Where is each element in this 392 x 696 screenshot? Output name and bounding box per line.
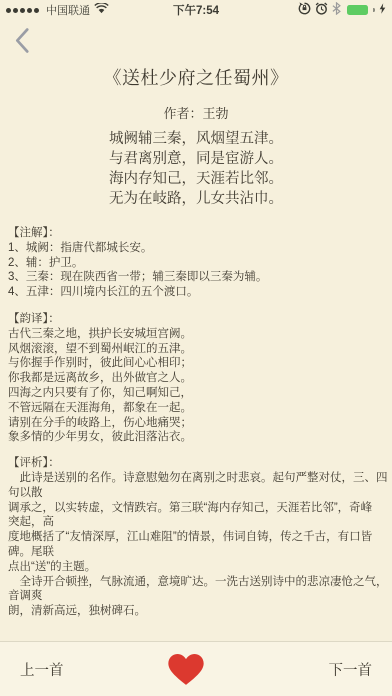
translation-section: 【韵译】： 古代三秦之地，拱护长安城垣宫阙。 风烟滚滚，望不到蜀州岷江的五津。 … (8, 312, 392, 445)
battery-icon (347, 5, 368, 15)
bluetooth-icon (332, 2, 341, 18)
status-left: 中国联通 (6, 2, 109, 18)
note-line: 4、五津：四川境内长江的五个渡口。 (8, 285, 392, 300)
translation-line: 不管远隔在天涯海角，都象在一起。 (8, 401, 392, 416)
translation-line: 与你握手作别时，彼此间心心相印； (8, 356, 392, 371)
translation-line: 请别在分手的岐路上，伤心地痛哭； (8, 416, 392, 431)
section-heading: 【注解】： (8, 226, 392, 241)
review-line: 音调爽 (8, 589, 392, 604)
review-line: 调承之，以实转虚，文情跌宕。第三联“海内存知己，天涯若比邻”，奇峰 (8, 501, 392, 516)
section-heading: 【韵译】： (8, 312, 392, 327)
review-line: 点出“送”的主题。 (8, 560, 392, 575)
carrier-label: 中国联通 (46, 2, 90, 18)
bottom-toolbar: 上一首 下一首 (0, 641, 392, 696)
poem-line: 海内存知己，天涯若比邻。 (0, 169, 392, 189)
orientation-lock-icon (298, 2, 311, 18)
translation-line: 风烟滚滚，望不到蜀州岷江的五津。 (8, 342, 392, 357)
battery-cap (373, 8, 375, 12)
notes-section: 【注解】： 1、城阙：指唐代都城长安。 2、辅：护卫。 3、三秦：现在陕西省一带… (8, 226, 392, 300)
status-bar: 中国联通 下午7:54 (0, 0, 392, 20)
review-line: 突起，高 (8, 515, 392, 530)
review-section: 【评析】： 此诗是送别的名作。诗意慰勉勿在离别之时悲哀。起句严整对仗，三、四 句… (8, 456, 392, 619)
heart-icon (168, 674, 204, 689)
review-line: 全诗开合顿挫，气脉流通，意境旷达。一洗古送别诗中的悲凉凄怆之气， (8, 575, 392, 590)
poem-line: 城阙辅三秦，风烟望五津。 (0, 129, 392, 149)
poem-detail-content: 《送杜少府之任蜀州》 作者：王勃 城阙辅三秦，风烟望五津。 与君离别意，同是宦游… (0, 20, 392, 640)
section-heading: 【评析】： (8, 456, 392, 471)
review-line: 句以散 (8, 486, 392, 501)
note-line: 3、三秦：现在陕西省一带；辅三秦即以三秦为辅。 (8, 270, 392, 285)
clock-time: 下午7:54 (173, 2, 219, 18)
signal-dots-icon (6, 8, 39, 13)
poem-title: 《送杜少府之任蜀州》 (0, 64, 392, 90)
note-line: 1、城阙：指唐代都城长安。 (8, 241, 392, 256)
translation-line: 你我都是远离故乡，出外做官之人。 (8, 371, 392, 386)
poem-line: 无为在岐路，儿女共沾巾。 (0, 189, 392, 209)
poem-body: 城阙辅三秦，风烟望五津。 与君离别意，同是宦游人。 海内存知己，天涯若比邻。 无… (0, 129, 392, 209)
next-poem-button[interactable]: 下一首 (329, 659, 373, 680)
translation-line: 四海之内只要有了你，知己啊知己， (8, 386, 392, 401)
charging-bolt-icon (379, 3, 386, 17)
previous-poem-button[interactable]: 上一首 (20, 659, 64, 680)
status-right (298, 2, 386, 18)
alarm-icon (315, 2, 328, 18)
review-line: 碑。尾联 (8, 545, 392, 560)
app-screen: 中国联通 下午7:54 (0, 0, 392, 696)
note-line: 2、辅：护卫。 (8, 256, 392, 271)
translation-line: 象多情的少年男女，彼此泪落沾衣。 (8, 430, 392, 445)
translation-line: 古代三秦之地，拱护长安城垣宫阙。 (8, 327, 392, 342)
wifi-icon (94, 3, 109, 17)
poem-author: 作者：王勃 (0, 103, 392, 122)
review-line: 度地概括了“友情深厚，江山难阻”的情景，伟词自铸，传之千古，有口皆 (8, 530, 392, 545)
review-line: 朗，清新高远，独树碑石。 (8, 604, 392, 619)
favorite-button[interactable] (168, 654, 204, 686)
poem-line: 与君离别意，同是宦游人。 (0, 149, 392, 169)
review-line: 此诗是送别的名作。诗意慰勉勿在离别之时悲哀。起句严整对仗，三、四 (8, 471, 392, 486)
